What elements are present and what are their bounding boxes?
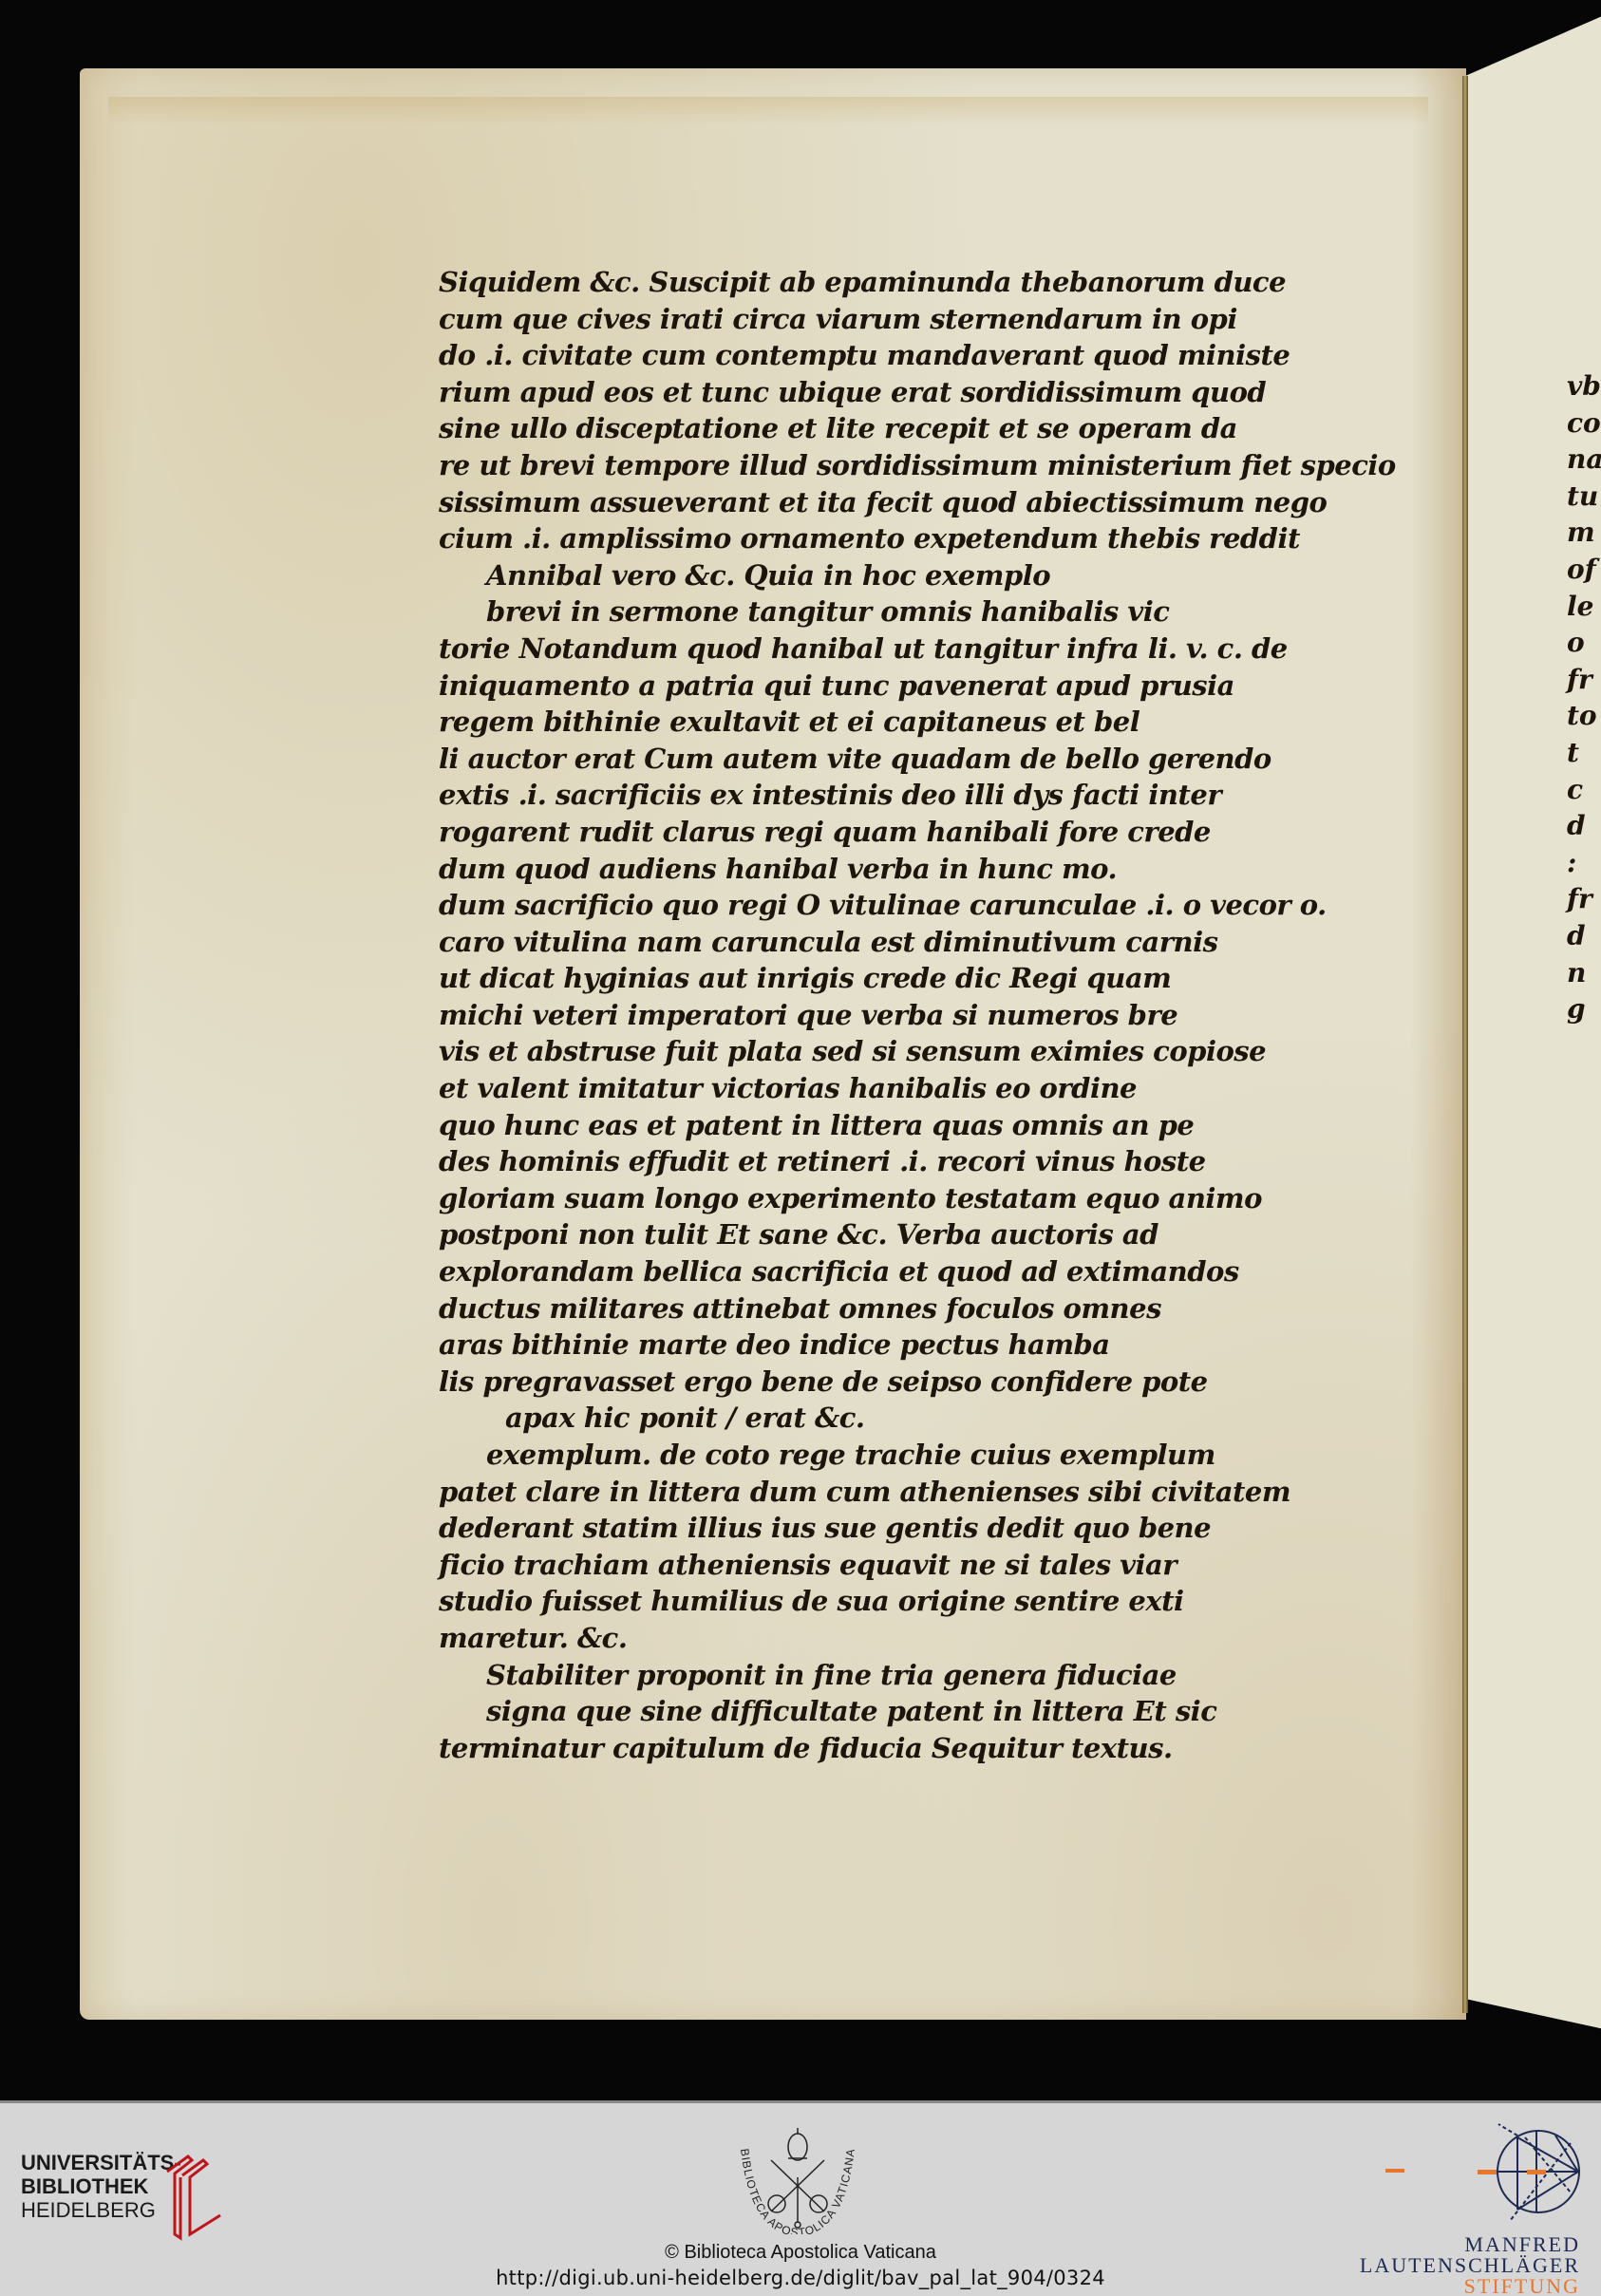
manuscript-line: studio fuisset humilius de sua origine s… [439,1583,1312,1620]
footer-bar: UNIVERSITÄTS- BIBLIOTHEK HEIDELBERG [0,2100,1601,2296]
manuscript-line: Stabiliter proponit in fine tria genera … [439,1657,1312,1694]
ub-logo-line2: BIBLIOTHEK [21,2174,181,2198]
facing-page-fragment: o [1567,625,1601,662]
facing-page-margin-text: vbconatumofleofrtotcd:frdng [1567,368,1601,1028]
manuscript-text-block: Siquidem &c. Suscipit ab epaminunda theb… [439,264,1312,1766]
manuscript-line: brevi in sermone tangitur omnis hanibali… [439,593,1312,630]
compass-circle-icon [1358,2117,1601,2230]
manuscript-line: exemplum. de coto rege trachie cuius exe… [439,1437,1312,1474]
manuscript-line: aras bithinie marte deo indice pectus ha… [439,1327,1312,1364]
facing-page-fragment: m [1567,515,1601,552]
facing-page-fragment: c [1567,772,1601,809]
manuscript-line: vis et abstruse fuit plata sed si sensum… [439,1033,1312,1070]
manuscript-line: rium apud eos et tunc ubique erat sordid… [439,374,1312,411]
facing-page-fragment: fr [1567,881,1601,918]
facing-page-fragment: na [1567,442,1601,479]
facing-page-fragment: co [1567,405,1601,442]
manuscript-line: postponi non tulit Et sane &c. Verba auc… [439,1216,1312,1253]
manuscript-line: ut dicat hyginias aut inrigis crede dic … [439,960,1312,997]
manuscript-line: Siquidem &c. Suscipit ab epaminunda theb… [439,264,1312,301]
manuscript-line: patet clare in littera dum cum atheniens… [439,1474,1312,1511]
facing-page-fragment: d [1567,808,1601,845]
facing-page [1465,9,1601,2098]
manuscript-line: Annibal vero &c. Quia in hoc exemplo [439,557,1312,594]
facing-page-fragment: t [1567,735,1601,772]
book-gutter [1462,76,1468,2013]
manuscript-line: extis .i. sacrificiis ex intestinis deo … [439,777,1312,814]
manuscript-line: michi veteri imperatori que verba si num… [439,997,1312,1034]
manuscript-line: sine ullo disceptatione et lite recepit … [439,410,1312,447]
manuscript-line: dum quod audiens hanibal verba in hunc m… [439,851,1312,888]
lautenschlaeger-stiftung-logo[interactable]: MANFRED LAUTENSCHLÄGER STIFTUNG [1358,2117,1601,2296]
manuscript-line: explorandam bellica sacrificia et quod a… [439,1253,1312,1290]
papal-arms-icon: BIBLIOTECA APOSTOLICA VATICANA [703,2120,893,2234]
manuscript-line: dederant statim illius ius sue gentis de… [439,1510,1312,1547]
ub-logo-line1: UNIVERSITÄTS- [21,2151,181,2174]
manuscript-line: re ut brevi tempore illud sordidissimum … [439,447,1312,484]
facing-page-fragment: n [1567,955,1601,992]
mls-logo-line2: LAUTENSCHLÄGER [1360,2255,1580,2276]
facing-page-fragment: vb [1567,368,1601,405]
manuscript-line: torie Notandum quod hanibal ut tangitur … [439,630,1312,668]
facing-page-fragment: of [1567,552,1601,589]
manuscript-line: cum que cives irati circa viarum sternen… [439,301,1312,338]
manuscript-line: gloriam suam longo experimento testatam … [439,1180,1312,1217]
manuscript-line: iniquamento a patria qui tunc pavenerat … [439,668,1312,705]
manuscript-line: caro vitulina nam caruncula est diminuti… [439,924,1312,961]
facing-page-fragment: le [1567,589,1601,626]
manuscript-line: lis pregravasset ergo bene de seipso con… [439,1364,1312,1401]
manuscript-line: regem bithinie exultavit et ei capitaneu… [439,704,1312,741]
ub-book-mark-icon [161,2151,228,2241]
manuscript-line: dum sacrificio quo regi O vitulinae caru… [439,887,1312,924]
facing-page-fragment: tu [1567,479,1601,516]
manuscript-line: cium .i. amplissimo ornamento expetendum… [439,520,1312,557]
ub-heidelberg-logo[interactable]: UNIVERSITÄTS- BIBLIOTHEK HEIDELBERG [21,2151,181,2222]
ub-logo-line3: HEIDELBERG [21,2198,181,2222]
facing-page-fragment: g [1567,991,1601,1028]
manuscript-line: des hominis effudit et retineri .i. reco… [439,1143,1312,1180]
facing-page-fragment: to [1567,698,1601,735]
manuscript-line: maretur. &c. [439,1620,1312,1657]
manuscript-line: do .i. civitate cum contemptu mandaveran… [439,337,1312,374]
mls-logo-line1: MANFRED [1360,2234,1580,2255]
facing-page-fragment: d [1567,918,1601,955]
manuscript-line: sissimum assueverant et ita fecit quod a… [439,484,1312,521]
manuscript-line: signa que sine difficultate patent in li… [439,1693,1312,1730]
manuscript-scan: Siquidem &c. Suscipit ab epaminunda theb… [0,0,1601,2100]
vatican-library-logo[interactable]: BIBLIOTECA APOSTOLICA VATICANA [703,2120,893,2234]
facing-page-fragment: : [1567,845,1601,882]
manuscript-line: quo hunc eas et patent in littera quas o… [439,1107,1312,1144]
manuscript-line: et valent imitatur victorias hanibalis e… [439,1070,1312,1107]
manuscript-line: ficio trachiam atheniensis equavit ne si… [439,1547,1312,1584]
facing-page-fragment: fr [1567,662,1601,699]
manuscript-line: ductus militares attinebat omnes foculos… [439,1290,1312,1327]
manuscript-line: rogarent rudit clarus regi quam hanibali… [439,814,1312,851]
manuscript-line: terminatur capitulum de fiducia Sequitur… [439,1730,1312,1767]
manuscript-line: apax hic ponit / erat &c. [439,1400,1312,1437]
manuscript-line: li auctor erat Cum autem vite quadam de … [439,741,1312,778]
mls-logo-line3: STIFTUNG [1360,2276,1580,2296]
